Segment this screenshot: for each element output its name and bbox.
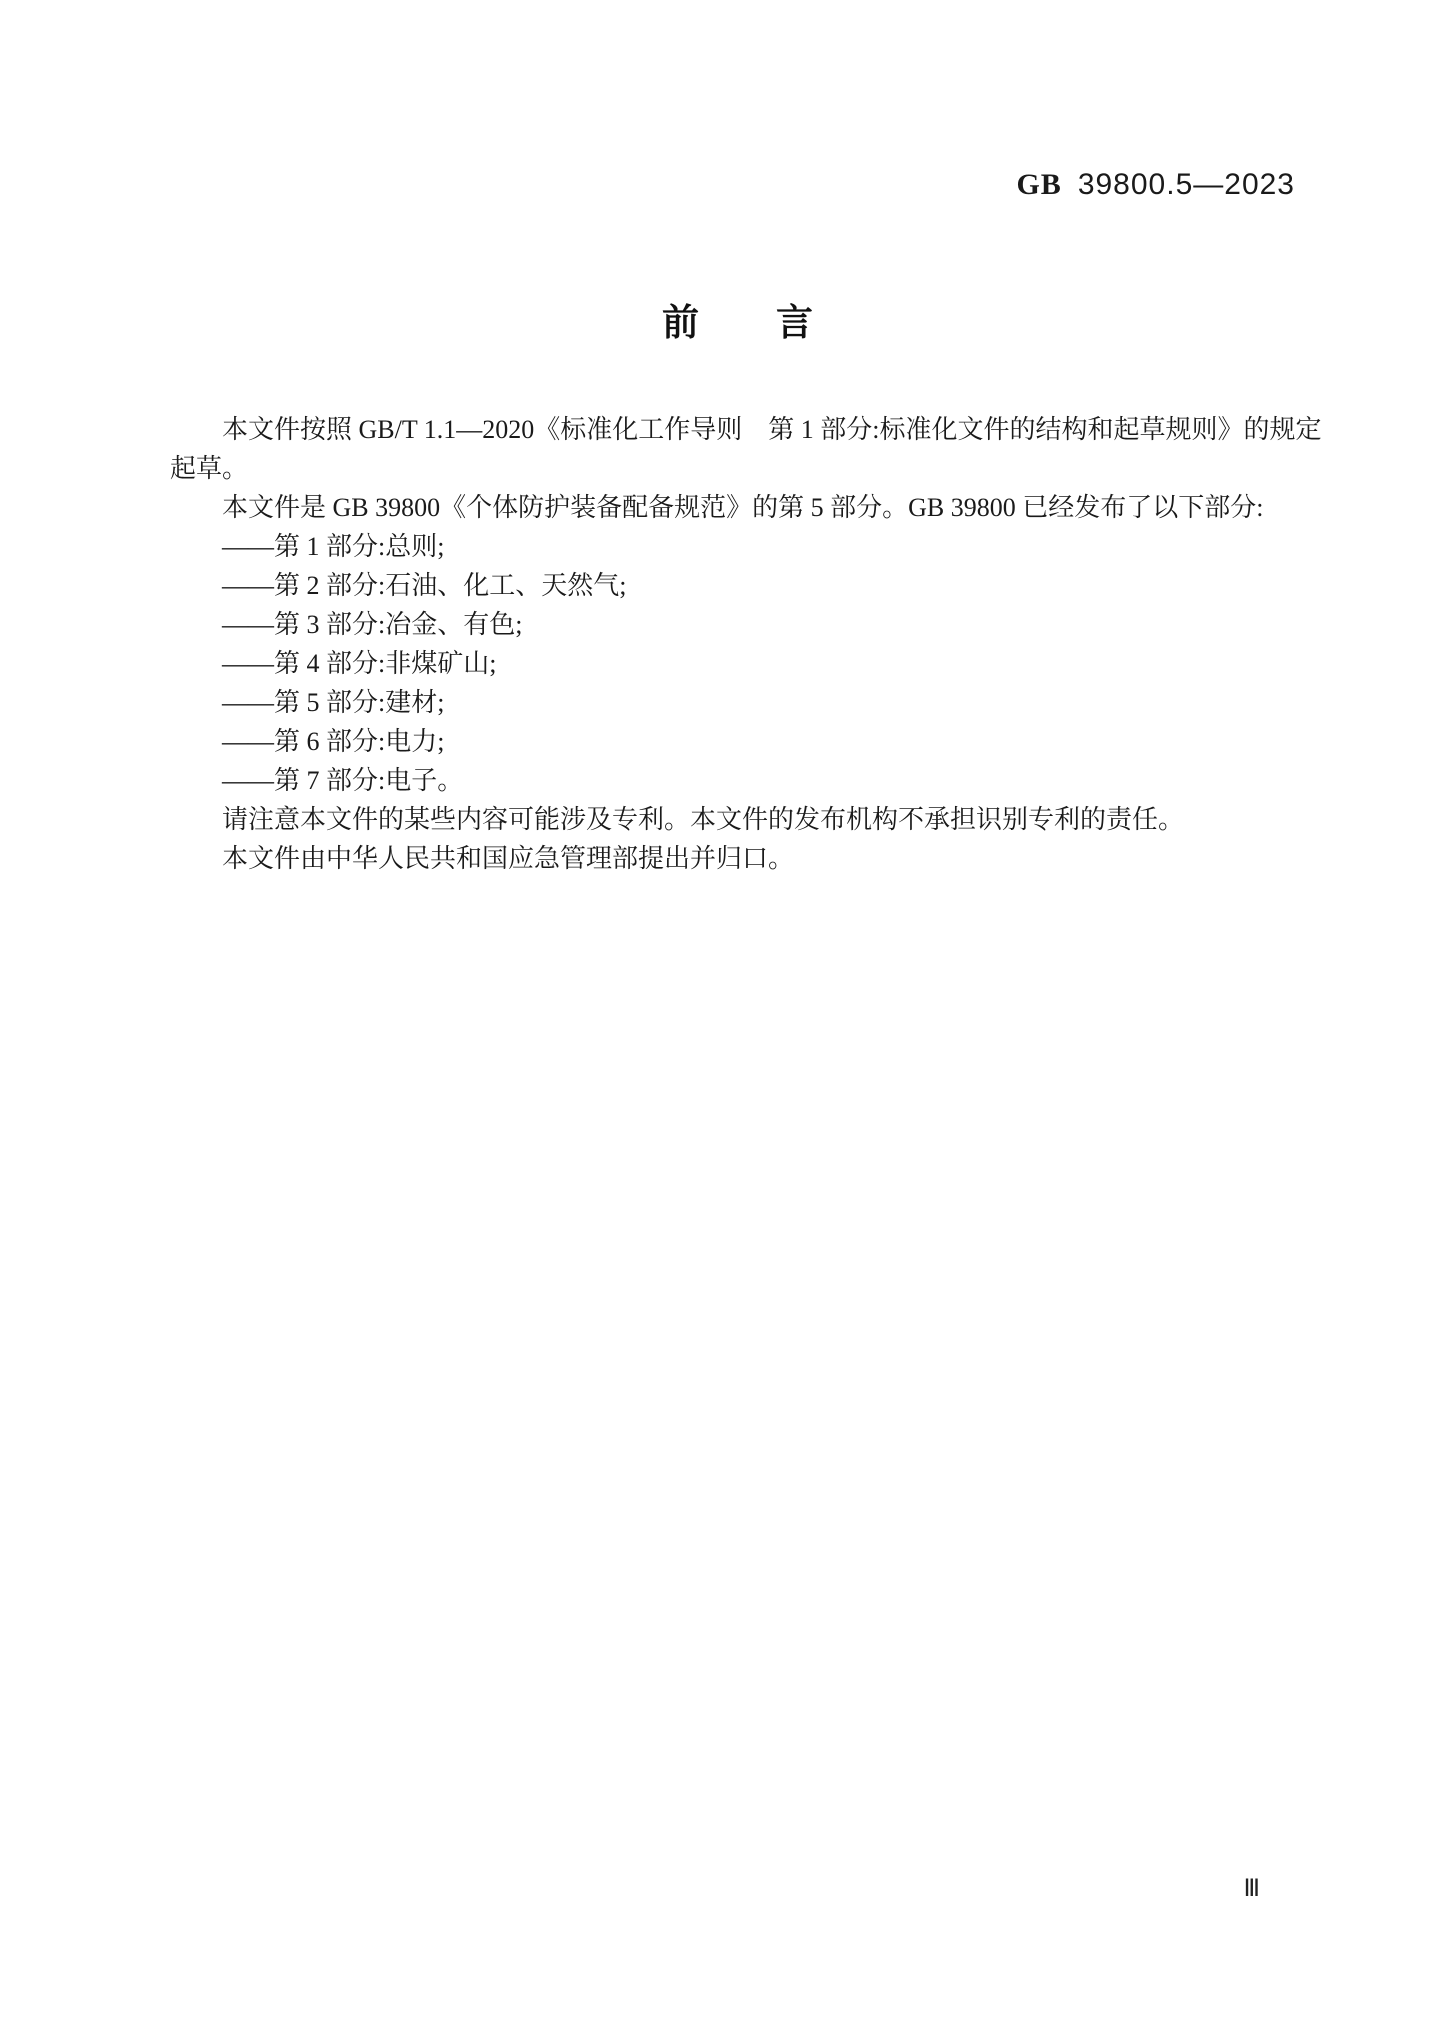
part-item-5: ——第 5 部分:建材; <box>170 683 1310 722</box>
para1-line1: 本文件按照 GB/T 1.1—2020《标准化工作导则 第 1 部分:标准化文件… <box>170 410 1310 449</box>
standard-code-prefix: GB <box>1016 168 1061 201</box>
foreword-title: 前 言 <box>170 292 1306 346</box>
foreword-body: 本文件按照 GB/T 1.1—2020《标准化工作导则 第 1 部分:标准化文件… <box>170 410 1310 878</box>
part-item-1: ——第 1 部分:总则; <box>170 527 1310 566</box>
part-item-6: ——第 6 部分:电力; <box>170 722 1310 761</box>
document-page: GB39800.5—2023 前 言 本文件按照 GB/T 1.1—2020《标… <box>0 0 1445 2044</box>
para1-line2: 起草。 <box>170 449 1310 488</box>
para4: 本文件由中华人民共和国应急管理部提出并归口。 <box>170 839 1310 878</box>
para3: 请注意本文件的某些内容可能涉及专利。本文件的发布机构不承担识别专利的责任。 <box>170 800 1310 839</box>
part-item-2: ——第 2 部分:石油、化工、天然气; <box>170 566 1310 605</box>
page-number: Ⅲ <box>1243 1874 1260 1903</box>
para2: 本文件是 GB 39800《个体防护装备配备规范》的第 5 部分。GB 3980… <box>170 488 1310 527</box>
standard-code: GB39800.5—2023 <box>1016 168 1295 202</box>
part-item-3: ——第 3 部分:冶金、有色; <box>170 605 1310 644</box>
standard-code-number: 39800.5—2023 <box>1078 168 1295 201</box>
part-item-7: ——第 7 部分:电子。 <box>170 761 1310 800</box>
part-item-4: ——第 4 部分:非煤矿山; <box>170 644 1310 683</box>
